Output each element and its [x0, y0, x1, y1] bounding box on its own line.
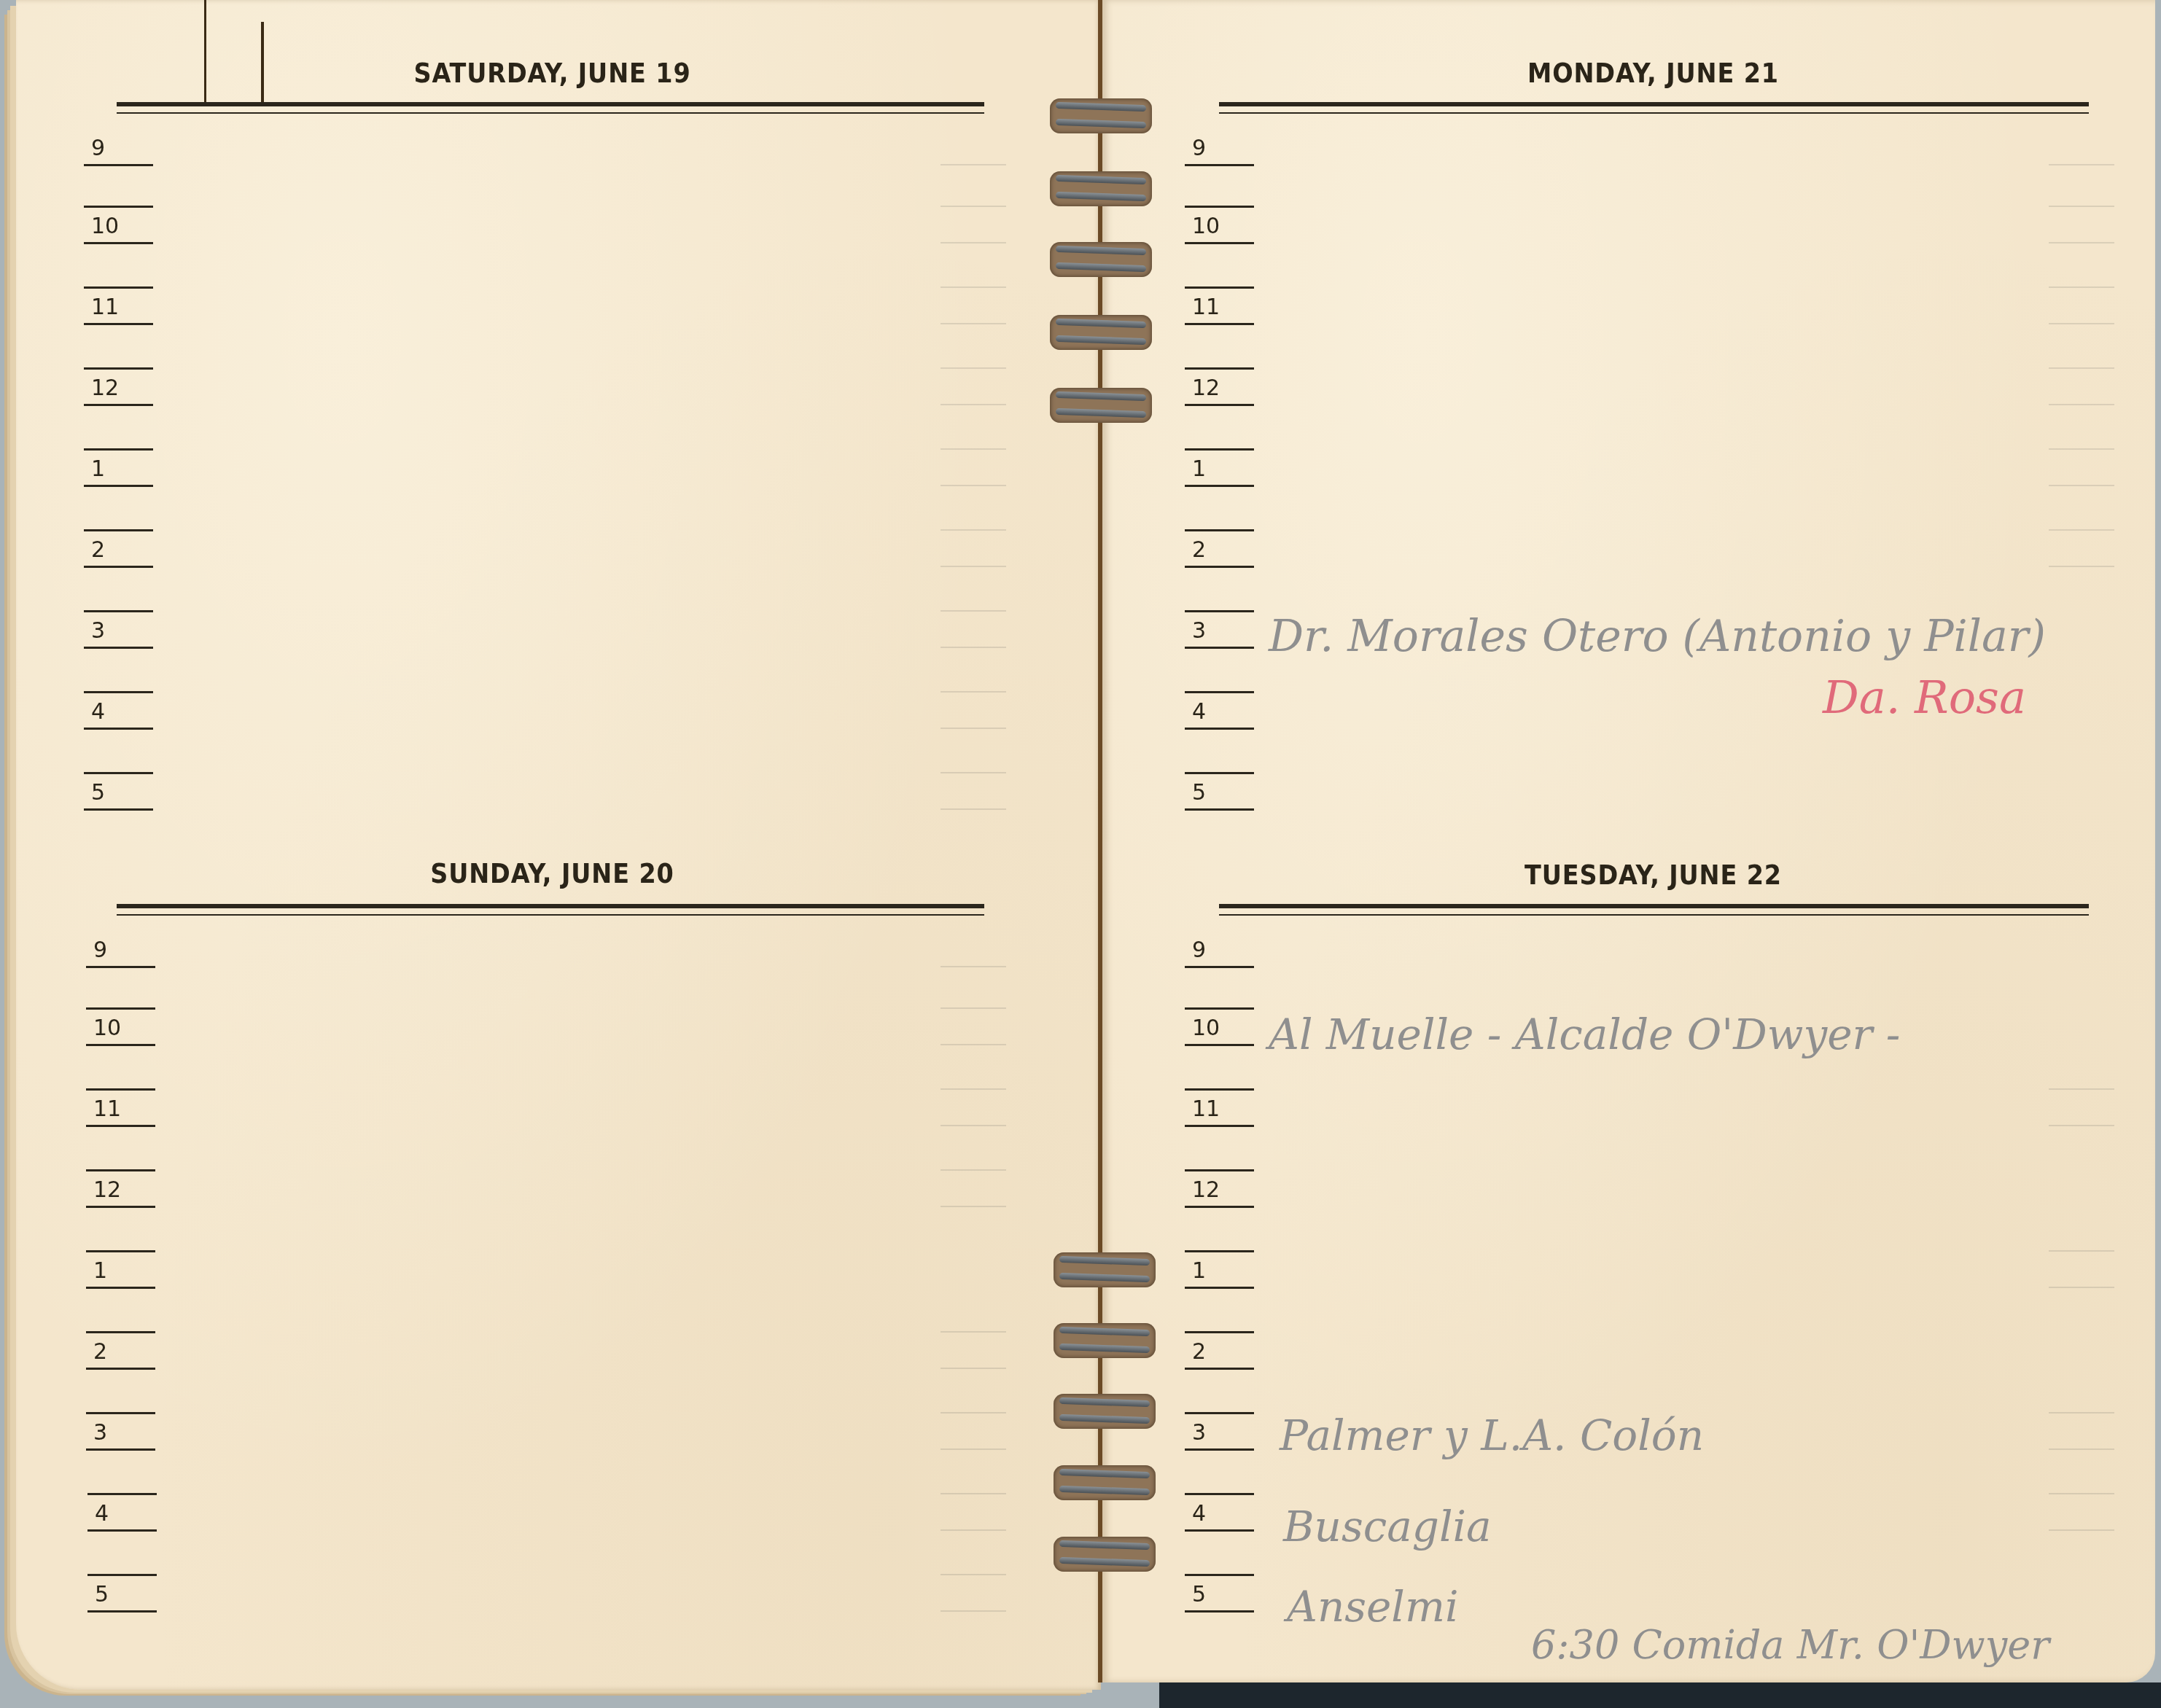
hour-label: 11: [93, 1099, 121, 1120]
page-tab-mark: [204, 0, 206, 102]
hour-label: 9: [1192, 940, 1206, 962]
left-page: [16, 0, 1101, 1690]
hour-label: 9: [91, 138, 105, 160]
hour-label: 4: [1192, 1503, 1206, 1525]
handwritten-entry: Buscaglia: [1283, 1502, 1492, 1551]
hour-label: 5: [1192, 782, 1206, 804]
spiral-coil: [1050, 171, 1152, 206]
hour-label: 10: [93, 1018, 121, 1040]
hour-label: 4: [1192, 701, 1206, 723]
spiral-coil: [1054, 1465, 1156, 1500]
page-tab-mark: [261, 22, 264, 102]
hour-label: 3: [93, 1422, 107, 1444]
spiral-coil: [1054, 1252, 1156, 1287]
notebook-cover-edge: [1159, 1682, 2161, 1708]
hour-label: 1: [93, 1260, 107, 1282]
hour-label: 3: [1192, 620, 1206, 642]
hour-label: 3: [91, 620, 105, 642]
handwritten-entry: Dr. Morales Otero (Antonio y Pilar): [1269, 611, 2046, 662]
handwritten-entry: Anselmi: [1287, 1582, 1458, 1631]
header-double-rule: [117, 904, 984, 908]
hour-label: 12: [1192, 378, 1220, 399]
header-double-rule: [117, 102, 984, 106]
hour-label: 5: [91, 782, 105, 804]
hour-label: 10: [1192, 1018, 1220, 1040]
hour-label: 9: [93, 940, 107, 962]
hour-label: 4: [95, 1503, 109, 1525]
hour-label: 11: [91, 297, 119, 319]
day-header-tuesday: TUESDAY, JUNE 22: [1424, 859, 1882, 891]
hour-label: 2: [93, 1341, 107, 1363]
hour-label: 1: [1192, 1260, 1206, 1282]
hour-label: 12: [1192, 1179, 1220, 1201]
spiral-coil: [1054, 1394, 1156, 1429]
handwritten-entry: 6:30 Comida Mr. O'Dwyer: [1531, 1622, 2049, 1668]
hour-label: 1: [91, 459, 105, 480]
spiral-coil: [1050, 242, 1152, 277]
hour-label: 10: [91, 216, 119, 238]
hour-label: 3: [1192, 1422, 1206, 1444]
hour-label: 9: [1192, 138, 1206, 160]
day-header-sunday: SUNDAY, JUNE 20: [323, 857, 782, 889]
handwritten-entry: Al Muelle - Alcalde O'Dwyer -: [1269, 1010, 1900, 1059]
handwritten-entry-red: Da. Rosa: [1823, 671, 2026, 724]
hour-label: 1: [1192, 459, 1206, 480]
hour-label: 5: [95, 1584, 109, 1606]
hour-label: 4: [91, 701, 105, 723]
hour-label: 12: [91, 378, 119, 399]
hour-label: 5: [1192, 1584, 1206, 1606]
spiral-coil: [1050, 98, 1152, 133]
day-header-monday: MONDAY, JUNE 21: [1424, 57, 1882, 89]
spiral-coil: [1050, 315, 1152, 350]
header-double-rule: [1219, 102, 2089, 106]
day-header-saturday: SATURDAY, JUNE 19: [323, 57, 782, 89]
header-double-rule: [1219, 904, 2089, 908]
handwritten-entry: Palmer y L.A. Colón: [1280, 1411, 1704, 1460]
spiral-coil: [1050, 388, 1152, 423]
hour-label: 11: [1192, 1099, 1220, 1120]
spiral-coil: [1054, 1323, 1156, 1358]
hour-label: 2: [1192, 1341, 1206, 1363]
hour-label: 2: [91, 539, 105, 561]
hour-label: 12: [93, 1179, 121, 1201]
hour-label: 11: [1192, 297, 1220, 319]
hour-label: 10: [1192, 216, 1220, 238]
spiral-coil: [1054, 1537, 1156, 1572]
hour-label: 2: [1192, 539, 1206, 561]
